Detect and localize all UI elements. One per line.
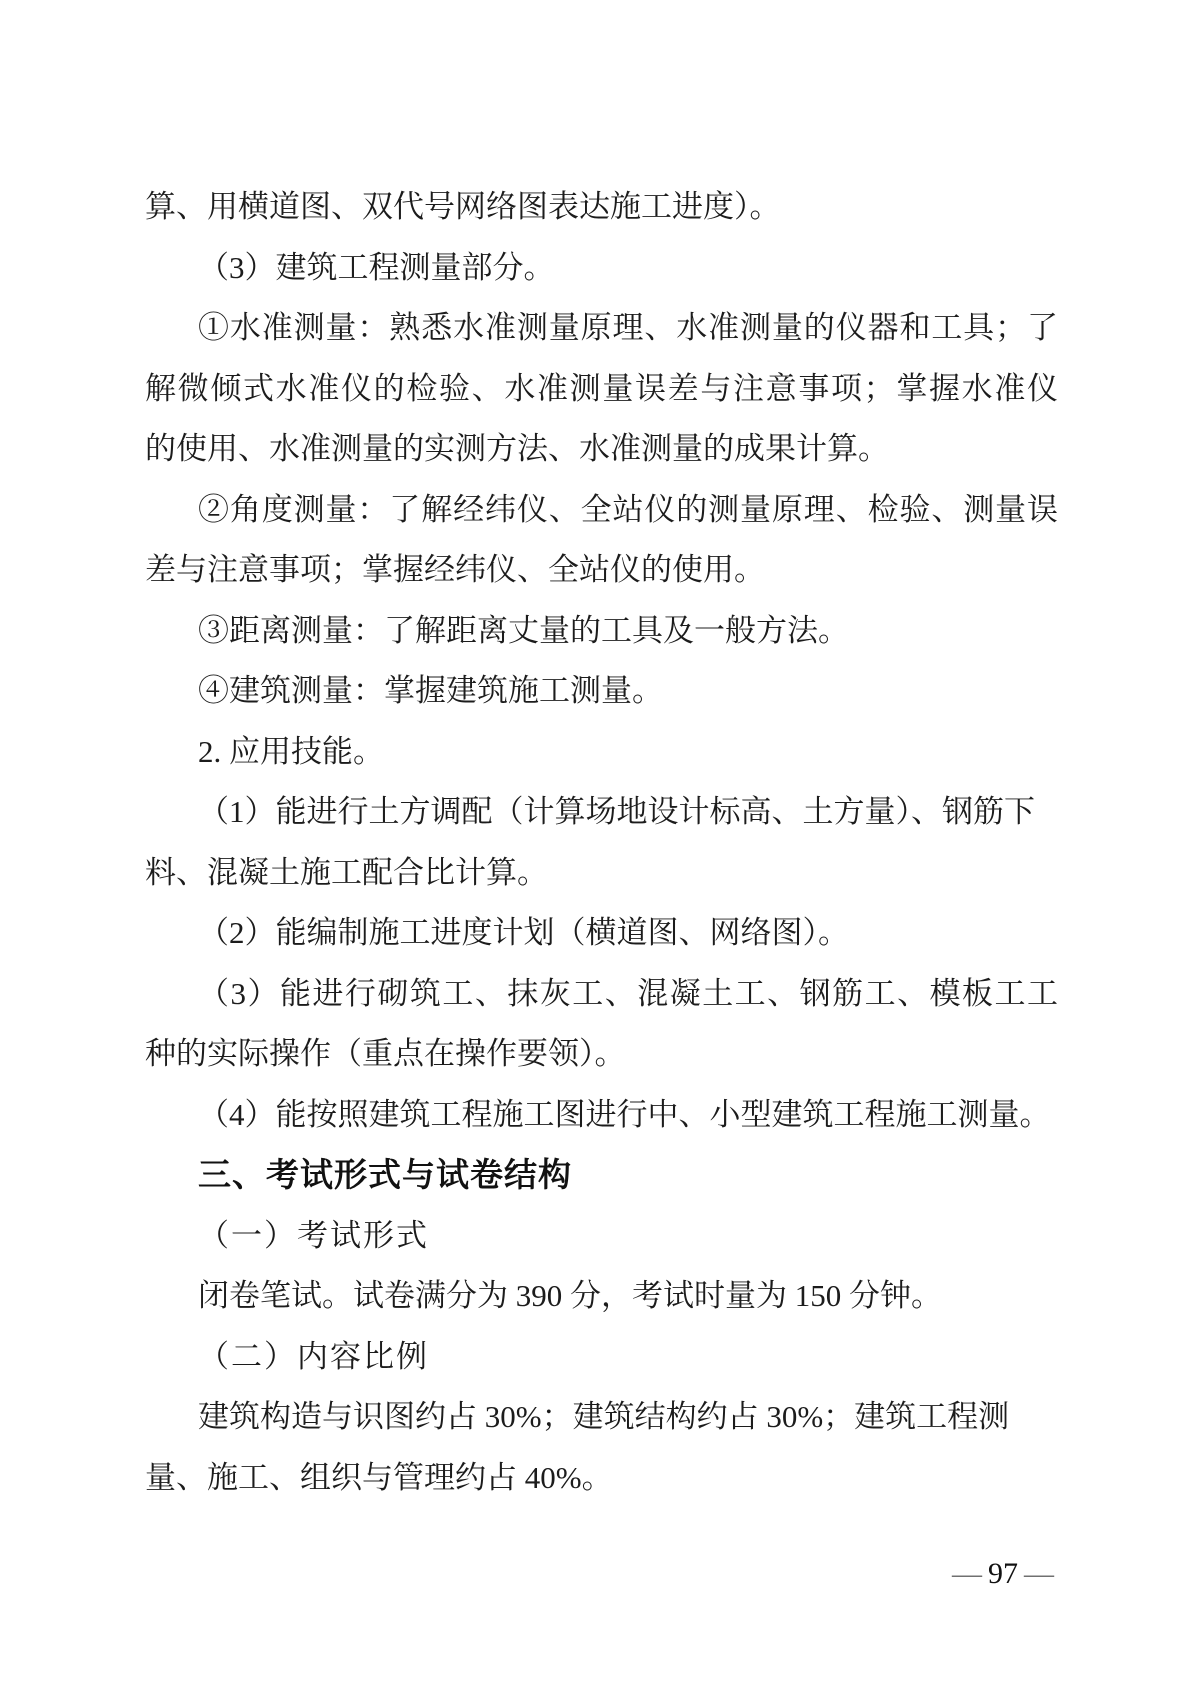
subsection-heading: （二）内容比例 [145,1327,1058,1388]
text-line: 料、混凝土施工配合比计算。 [145,843,1058,904]
text-line: 闭卷笔试。试卷满分为 390 分，考试时量为 150 分钟。 [145,1266,1058,1327]
page-number-dash-left: — [946,1557,988,1590]
text-line: 算、用横道图、双代号网络图表达施工进度）。 [145,177,1058,238]
text-line: 解微倾式水准仪的检验、水准测量误差与注意事项；掌握水准仪 [145,359,1058,420]
text-line: ③距离测量：了解距离丈量的工具及一般方法。 [145,601,1058,662]
text-line: 种的实际操作（重点在操作要领）。 [145,1024,1058,1085]
text-line: 差与注意事项；掌握经纬仪、全站仪的使用。 [145,540,1058,601]
text-line: 的使用、水准测量的实测方法、水准测量的成果计算。 [145,419,1058,480]
text-line: （1）能进行土方调配（计算场地设计标高、土方量）、钢筋下 [145,782,1058,843]
page-number: —97— [946,1552,1060,1596]
text-line: （3）建筑工程测量部分。 [145,238,1058,299]
document-page: 算、用横道图、双代号网络图表达施工进度）。 （3）建筑工程测量部分。 ①水准测量… [0,0,1200,1696]
section-heading: 三、考试形式与试卷结构 [145,1145,1058,1206]
page-number-dash-right: — [1018,1557,1060,1590]
text-line: 量、施工、组织与管理约占 40%。 [145,1448,1058,1509]
text-line: （4）能按照建筑工程施工图进行中、小型建筑工程施工测量。 [145,1085,1058,1146]
text-line: （3）能进行砌筑工、抹灰工、混凝土工、钢筋工、模板工工 [145,964,1058,1025]
text-block: 算、用横道图、双代号网络图表达施工进度）。 （3）建筑工程测量部分。 ①水准测量… [145,177,1058,1508]
text-line: ④建筑测量：掌握建筑施工测量。 [145,661,1058,722]
text-line: 建筑构造与识图约占 30%；建筑结构约占 30%；建筑工程测 [145,1387,1058,1448]
page-number-value: 97 [988,1557,1018,1590]
text-line: ②角度测量：了解经纬仪、全站仪的测量原理、检验、测量误 [145,480,1058,541]
text-line: 2. 应用技能。 [145,722,1058,783]
text-line: （2）能编制施工进度计划（横道图、网络图）。 [145,903,1058,964]
text-line: ①水准测量：熟悉水准测量原理、水准测量的仪器和工具；了 [145,298,1058,359]
subsection-heading: （一）考试形式 [145,1206,1058,1267]
